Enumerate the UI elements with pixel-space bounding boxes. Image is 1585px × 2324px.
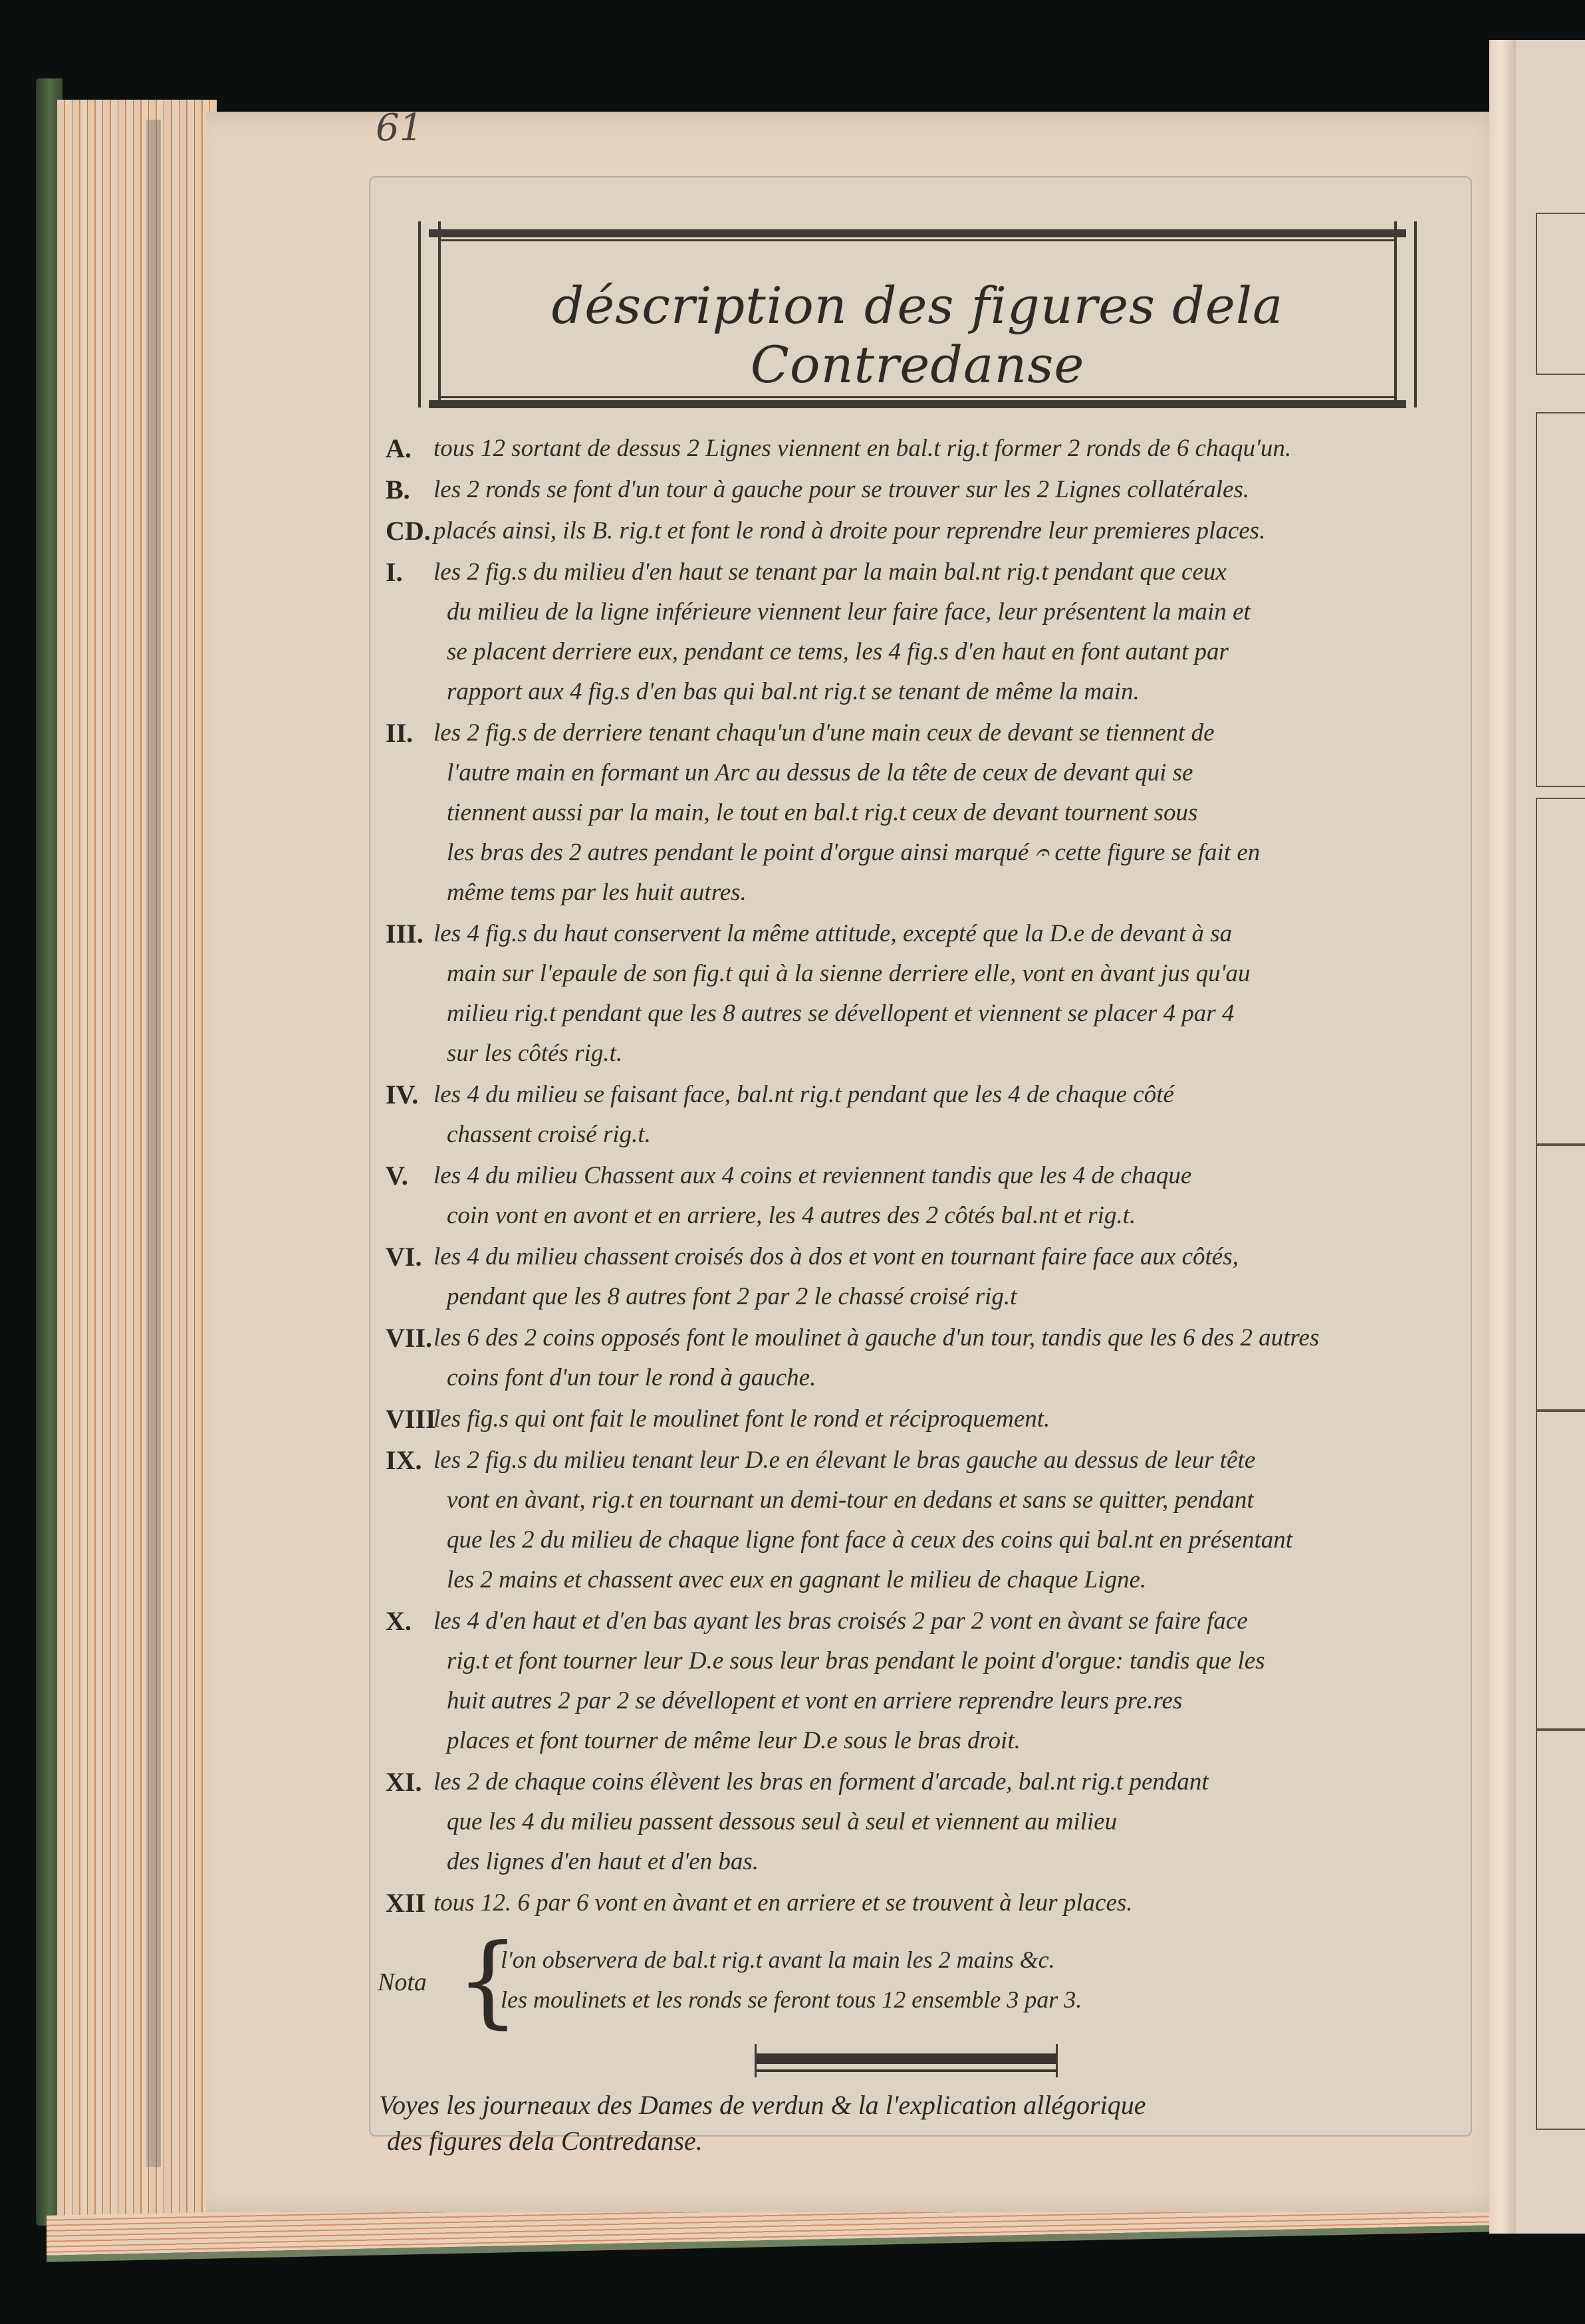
figure-text-line: les 2 de chaque coins élèvent les bras e… [433, 1762, 1489, 1802]
figure-label: I. [386, 552, 433, 592]
figure-text-line: les 4 du milieu chassent croisés dos à d… [433, 1237, 1489, 1277]
figure-text: les 2 de chaque coins élèvent les bras e… [433, 1762, 1489, 1882]
figure-text-line: coin vont en avont et en arriere, les 4 … [433, 1196, 1489, 1236]
figure-entry: I.les 2 fig.s du milieu d'en haut se ten… [386, 552, 1489, 712]
figure-text: placés ainsi, ils B. rig.t et font le ro… [433, 511, 1489, 551]
figure-text-line: milieu rig.t pendant que les 8 autres se… [433, 994, 1489, 1034]
figure-entry: III.les 4 fig.s du haut conservent la mê… [386, 914, 1489, 1074]
figure-text: les 4 du milieu chassent croisés dos à d… [433, 1237, 1489, 1317]
figure-text-line: tiennent aussi par la main, le tout en b… [433, 793, 1489, 833]
figure-text-line: les 4 du milieu se faisant face, bal.nt … [433, 1075, 1489, 1115]
figure-descriptions: A.tous 12 sortant de dessus 2 Lignes vie… [386, 429, 1489, 1924]
figure-text: tous 12. 6 par 6 vont en àvant et en arr… [433, 1883, 1489, 1923]
figure-text: les 4 fig.s du haut conservent la même a… [433, 914, 1489, 1074]
figure-text-line: les 2 mains et chassent avec eux en gagn… [433, 1560, 1489, 1600]
figure-diagram [1536, 1143, 1585, 1412]
figure-illustration [1536, 213, 1585, 375]
figure-label: IV. [386, 1075, 433, 1115]
figure-text-line: que les 4 du milieu passent dessous seul… [433, 1802, 1489, 1842]
figure-entry: B.les 2 ronds se font d'un tour à gauche… [386, 470, 1489, 510]
footer-line: Voyes les journeaux des Dames de verdun … [379, 2087, 1456, 2123]
figure-text: les 4 d'en haut et d'en bas ayant les br… [433, 1601, 1489, 1761]
figure-text-line: vont en àvant, rig.t en tournant un demi… [433, 1480, 1489, 1520]
page-stack-edges [57, 100, 217, 2227]
figure-label: V. [386, 1156, 433, 1196]
figure-entry: II.les 2 fig.s de derriere tenant chaqu'… [386, 713, 1489, 913]
figure-text: tous 12 sortant de dessus 2 Lignes vienn… [433, 429, 1489, 469]
title-cartouche: déscription des figures dela Contredanse [429, 229, 1406, 408]
figure-text-line: les 2 fig.s du milieu d'en haut se tenan… [433, 552, 1489, 592]
figure-label: B. [386, 470, 433, 510]
figure-text: les 4 du milieu se faisant face, bal.nt … [433, 1075, 1489, 1155]
figure-text: les 2 fig.s du milieu tenant leur D.e en… [433, 1441, 1489, 1600]
figure-text: les 2 fig.s du milieu d'en haut se tenan… [433, 552, 1489, 712]
page-title: déscription des figures dela Contredanse [429, 276, 1406, 394]
figure-text-line: les bras des 2 autres pendant le point d… [433, 833, 1489, 873]
figure-entry: X.les 4 d'en haut et d'en bas ayant les … [386, 1601, 1489, 1761]
figure-text-line: les 2 ronds se font d'un tour à gauche p… [433, 470, 1489, 510]
figure-entry: VIIIles fig.s qui ont fait le moulinet f… [386, 1399, 1489, 1439]
tab-strip [146, 120, 161, 2167]
figure-text-line: tous 12. 6 par 6 vont en àvant et en arr… [433, 1883, 1489, 1923]
figure-text-line: des lignes d'en haut et d'en bas. [433, 1842, 1489, 1882]
nota-section: Nota { l'on observera de bal.t rig.t ava… [378, 1934, 1441, 2028]
figure-text: les fig.s qui ont fait le moulinet font … [433, 1399, 1489, 1439]
figure-text-line: tous 12 sortant de dessus 2 Lignes vienn… [433, 429, 1489, 469]
figure-text-line: les 2 fig.s de derriere tenant chaqu'un … [433, 713, 1489, 753]
figure-diagram [1536, 1728, 1585, 2130]
figure-label: VI. [386, 1237, 433, 1277]
figure-text-line: huit autres 2 par 2 se dévellopent et vo… [433, 1681, 1489, 1721]
page-number: 61 [376, 106, 423, 150]
nota-line: l'on observera de bal.t rig.t avant la m… [501, 1940, 1082, 1980]
figure-entry: VII.les 6 des 2 coins opposés font le mo… [386, 1318, 1489, 1398]
figure-text: les 2 fig.s de derriere tenant chaqu'un … [433, 713, 1489, 913]
figure-label: III. [386, 914, 433, 954]
figure-text-line: les 6 des 2 coins opposés font le moulin… [433, 1318, 1489, 1358]
figure-entry: IX.les 2 fig.s du milieu tenant leur D.e… [386, 1441, 1489, 1600]
figure-text-line: que les 2 du milieu de chaque ligne font… [433, 1520, 1489, 1560]
figure-text-line: chassent croisé rig.t. [433, 1115, 1489, 1155]
figure-label: X. [386, 1601, 433, 1641]
figure-text-line: même tems par les huit autres. [433, 873, 1489, 913]
figure-text-line: l'autre main en formant un Arc au dessus… [433, 753, 1489, 793]
figure-entry: VI.les 4 du milieu chassent croisés dos … [386, 1237, 1489, 1317]
figure-text-line: du milieu de la ligne inférieure viennen… [433, 592, 1489, 632]
figure-label: A. [386, 429, 433, 469]
figure-label: CD. [386, 511, 433, 551]
figure-text: les 2 ronds se font d'un tour à gauche p… [433, 470, 1489, 510]
figure-label: VII. [386, 1318, 433, 1358]
nota-lines: l'on observera de bal.t rig.t avant la m… [501, 1940, 1082, 2020]
figure-label: XII [386, 1883, 433, 1923]
figure-text-line: les fig.s qui ont fait le moulinet font … [433, 1399, 1489, 1439]
figure-entry: XI.les 2 de chaque coins élèvent les bra… [386, 1762, 1489, 1882]
figure-entry: V.les 4 du milieu Chassent aux 4 coins e… [386, 1156, 1489, 1236]
figure-text-line: places et font tourner de même leur D.e … [433, 1721, 1489, 1761]
figure-text-line: placés ainsi, ils B. rig.t et font le ro… [433, 511, 1489, 551]
footer-line: des figures dela Contredanse. [379, 2123, 1456, 2159]
figure-text-line: main sur l'epaule de son fig.t qui à la … [433, 954, 1489, 994]
figure-entry: CD.placés ainsi, ils B. rig.t et font le… [386, 511, 1489, 551]
figure-label: IX. [386, 1441, 433, 1480]
figure-text-line: sur les côtés rig.t. [433, 1034, 1489, 1074]
figure-diagram [1536, 1409, 1585, 1731]
figure-label: VIII [386, 1399, 433, 1439]
figure-entry: A.tous 12 sortant de dessus 2 Lignes vie… [386, 429, 1489, 469]
figure-text-line: se placent derriere eux, pendant ce tems… [433, 632, 1489, 672]
figure-text-line: les 4 fig.s du haut conservent la même a… [433, 914, 1489, 954]
ornamental-rule [755, 2044, 1058, 2077]
figure-text-line: les 2 fig.s du milieu tenant leur D.e en… [433, 1441, 1489, 1480]
figure-text-line: les 4 du milieu Chassent aux 4 coins et … [433, 1156, 1489, 1196]
figure-text-line: coins font d'un tour le rond à gauche. [433, 1358, 1489, 1398]
figure-label: II. [386, 713, 433, 753]
figure-text-line: pendant que les 8 autres font 2 par 2 le… [433, 1277, 1489, 1317]
nota-label: Nota [378, 1968, 427, 1997]
figure-text-line: les 4 d'en haut et d'en bas ayant les br… [433, 1601, 1489, 1641]
figure-entry: IV.les 4 du milieu se faisant face, bal.… [386, 1075, 1489, 1155]
figure-text-line: rig.t et font tourner leur D.e sous leur… [433, 1641, 1489, 1681]
figure-text: les 6 des 2 coins opposés font le moulin… [433, 1318, 1489, 1398]
figure-label: XI. [386, 1762, 433, 1802]
figure-diagram [1536, 798, 1585, 1146]
footer-note: Voyes les journeaux des Dames de verdun … [379, 2087, 1456, 2159]
right-page-partial [1516, 40, 1585, 2234]
figure-diagram [1536, 412, 1585, 787]
figure-text: les 4 du milieu Chassent aux 4 coins et … [433, 1156, 1489, 1236]
figure-text-line: rapport aux 4 fig.s d'en bas qui bal.nt … [433, 672, 1489, 712]
nota-line: les moulinets et les ronds se feront tou… [501, 1980, 1082, 2020]
figure-entry: XIItous 12. 6 par 6 vont en àvant et en … [386, 1883, 1489, 1923]
